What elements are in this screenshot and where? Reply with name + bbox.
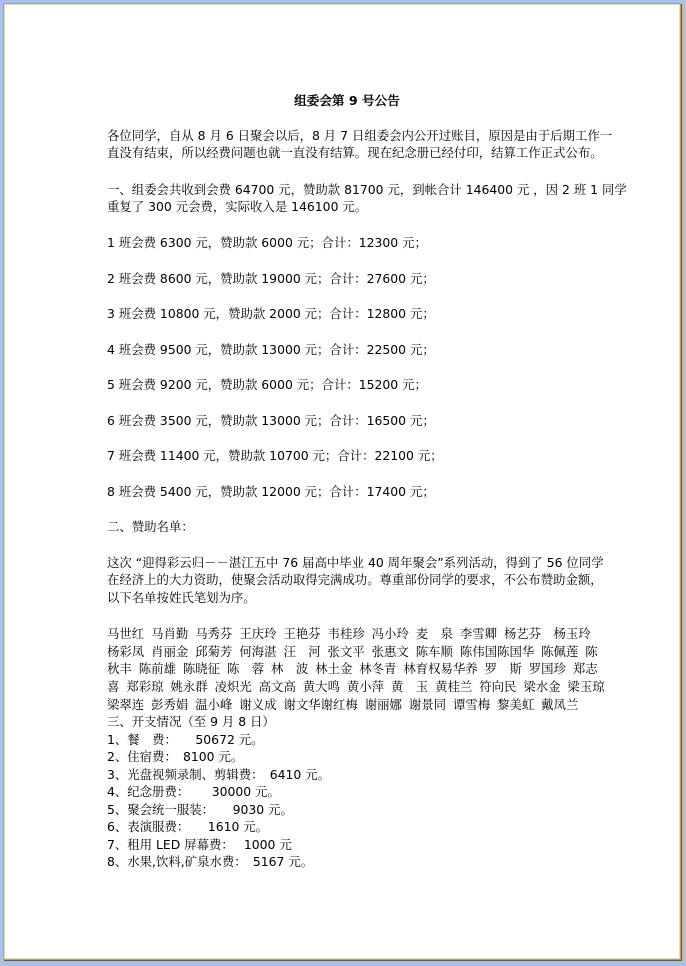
class-1-line: 1 班会费 6300 元，赞助款 6000 元；合计：12300 元；	[107, 234, 427, 251]
expense-item-2: 2、住宿费： 8100 元。	[107, 748, 243, 765]
section2-paragraph-line-2: 在经济上的大力资助，使聚会活动取得完满成功。尊重部份同学的要求，不公布赞助金额，	[107, 571, 603, 588]
expense-item-4: 4、纪念册费： 30000 元。	[107, 783, 280, 800]
expense-item-5: 5、聚会统一服装： 9030 元。	[107, 801, 293, 818]
expense-item-6: 6、表演服费： 1610 元。	[107, 818, 268, 835]
expense-item-3: 3、光盘视频录制、剪辑费： 6410 元。	[107, 766, 330, 783]
document-page: 组委会第 9 号公告 各位同学，自从 8 月 6 日聚会以后，8 月 7 日组委…	[3, 3, 681, 960]
expense-item-7: 7、租用 LED 屏幕费： 1000 元	[107, 836, 292, 853]
sponsor-names-line-2: 杨彩凤 肖丽金 邱菊芳 何海湛 汪 河 张文平 张惠文 陈车顺 陈伟国陈国华 陈…	[107, 643, 598, 660]
sponsor-names-line-5: 梁翠连 彭秀娟 温小峰 谢义成 谢文华谢红梅 谢丽娜 谢景同 谭雪梅 黎美虹 戴…	[107, 696, 578, 713]
section1-summary-line-1: 一、组委会共收到会费 64700 元，赞助款 81700 元，到帐合计 1464…	[107, 181, 627, 198]
class-4-line: 4 班会费 9500 元，赞助款 13000 元；合计：22500 元；	[107, 341, 435, 358]
sponsor-names-line-1: 马世红 马肖勤 马秀芬 王庆玲 王艳芬 韦桂珍 冯小玲 麦 泉 李雪卿 杨艺芬 …	[107, 625, 591, 642]
section3-heading: 三、开支情况（至 9 月 8 日）	[107, 713, 275, 730]
section2-heading: 二、赞助名单：	[107, 518, 194, 535]
expense-item-8: 8、水果,饮料,矿泉水费： 5167 元。	[107, 853, 313, 870]
class-8-line: 8 班会费 5400 元，赞助款 12000 元；合计：17400 元；	[107, 483, 435, 500]
section2-paragraph-line-3: 以下名单按姓氏笔划为序。	[107, 589, 256, 606]
expense-item-1: 1、餐 费： 50672 元。	[107, 731, 264, 748]
section2-paragraph-line-1: 这次 “迎得彩云归－－湛江五中 76 届高中毕业 40 周年聚会”系列活动，得到…	[107, 554, 604, 571]
class-2-line: 2 班会费 8600 元，赞助款 19000 元；合计：27600 元；	[107, 270, 435, 287]
class-5-line: 5 班会费 9200 元，赞助款 6000 元；合计：15200 元；	[107, 376, 427, 393]
sponsor-names-line-4: 喜 郑彩琼 姚永群 凌炽光 高文高 黄大鸣 黄小萍 黄 玉 黄桂兰 符向民 梁水…	[107, 678, 605, 695]
sponsor-names-line-3: 秋丰 陈前雄 陈晓征 陈 蓉 林 波 林土金 林冬青 林育权易华养 罗 斯 罗国…	[107, 660, 598, 677]
class-6-line: 6 班会费 3500 元，赞助款 13000 元；合计：16500 元；	[107, 412, 435, 429]
intro-line-1: 各位同学，自从 8 月 6 日聚会以后，8 月 7 日组委会内公开过账目，原因是…	[107, 127, 612, 144]
page-title: 组委会第 9 号公告	[4, 92, 686, 109]
class-3-line: 3 班会费 10800 元，赞助款 2000 元；合计：12800 元；	[107, 305, 435, 322]
section1-summary-line-2: 重复了 300 元会费，实际收入是 146100 元。	[107, 198, 367, 215]
class-7-line: 7 班会费 11400 元，赞助款 10700 元；合计：22100 元；	[107, 447, 443, 464]
intro-line-2: 直没有结束，所以经费问题也就一直没有结算。现在纪念册已经付印，结算工作正式公布。	[107, 144, 603, 161]
